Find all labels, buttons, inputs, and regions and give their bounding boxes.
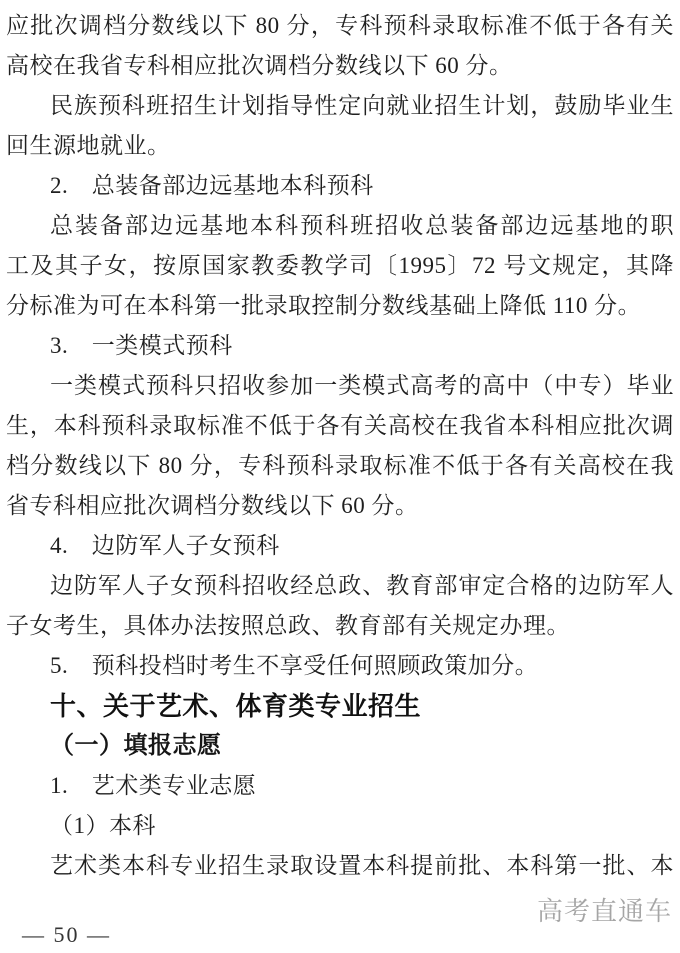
body-line-paragraph-start: 民族预科班招生计划指导性定向就业招生计划，鼓励毕业生 — [6, 86, 674, 126]
body-line: 应批次调档分数线以下 80 分，专科预科录取标准不低于各有关 — [6, 6, 674, 46]
body-line: 高校在我省专科相应批次调档分数线以下 60 分。 — [6, 46, 674, 86]
body-line: 省专科相应批次调档分数线以下 60 分。 — [6, 486, 674, 526]
body-line-paragraph-start: 艺术类本科专业招生录取设置本科提前批、本科第一批、本 — [6, 846, 674, 886]
subsection-heading-fill-preferences: （一）填报志愿 — [6, 726, 674, 766]
body-line-paragraph-start: 总装备部边远基地本科预科班招收总装备部边远基地的职 — [6, 206, 674, 246]
page-number: — 50 — — [22, 922, 111, 948]
list-item-3-title: 3. 一类模式预科 — [6, 326, 674, 366]
section-heading-art-sports-admission: 十、关于艺术、体育类专业招生 — [6, 686, 674, 726]
list-item-2-title: 2. 总装备部边远基地本科预科 — [6, 166, 674, 206]
item-1-undergraduate: （1）本科 — [6, 806, 674, 846]
body-line: 回生源地就业。 — [6, 126, 674, 166]
document-body: 应批次调档分数线以下 80 分，专科预科录取标准不低于各有关 高校在我省专科相应… — [6, 6, 674, 886]
body-line: 子女考生，具体办法按照总政、教育部有关规定办理。 — [6, 606, 674, 646]
document-page: 应批次调档分数线以下 80 分，专科预科录取标准不低于各有关 高校在我省专科相应… — [0, 0, 680, 953]
body-line: 生，本科预科录取标准不低于各有关高校在我省本科相应批次调 — [6, 406, 674, 446]
body-line: 工及其子女，按原国家教委教学司〔1995〕72 号文规定，其降 — [6, 246, 674, 286]
body-line-paragraph-start: 一类模式预科只招收参加一类模式高考的高中（中专）毕业 — [6, 366, 674, 406]
body-line: 分标准为可在本科第一批录取控制分数线基础上降低 110 分。 — [6, 286, 674, 326]
list-item-1-art-preference: 1. 艺术类专业志愿 — [6, 766, 674, 806]
body-line: 档分数线以下 80 分，专科预科录取标准不低于各有关高校在我 — [6, 446, 674, 486]
body-line-paragraph-start: 边防军人子女预科招收经总政、教育部审定合格的边防军人 — [6, 566, 674, 606]
list-item-5: 5. 预科投档时考生不享受任何照顾政策加分。 — [6, 646, 674, 686]
watermark-gaokao-zhitongche: 高考直通车 — [537, 898, 672, 926]
list-item-4-title: 4. 边防军人子女预科 — [6, 526, 674, 566]
